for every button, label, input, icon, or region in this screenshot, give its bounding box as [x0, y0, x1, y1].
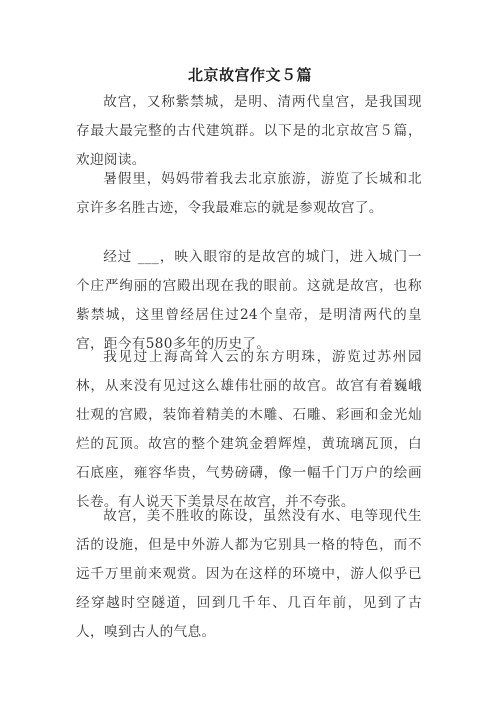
paragraph-architecture: 我见过上海高耸入云的东方明珠，游览过苏州园林，从来没有见过这么雄伟壮丽的故宫。故…: [76, 343, 422, 517]
document-page: 北京故宫作文５篇 故宫，又称紫禁城，是明、清两代皇宫，是我国现存最大最完整的古代…: [0, 0, 500, 708]
document-title: 北京故宫作文５篇: [0, 64, 500, 85]
paragraph-summer-trip: 暑假里，妈妈带着我去北京旅游，游览了长城和北京许多名胜古迹，令我最难忘的就是参观…: [76, 165, 422, 223]
paragraph-furnishings: 故宫，美不胜收的陈设，虽然没有水、电等现代生活的设施，但是中外游人都为它别具一格…: [76, 502, 422, 647]
paragraph-city-gate: 经过 ___，映入眼帘的是故宫的城门，进入城门一个庄严绚丽的宫殿出现在我的眼前。…: [76, 243, 422, 359]
paragraph-intro: 故宫，又称紫禁城，是明、清两代皇宫，是我国现存最大最完整的古代建筑群。以下是的北…: [76, 88, 422, 175]
